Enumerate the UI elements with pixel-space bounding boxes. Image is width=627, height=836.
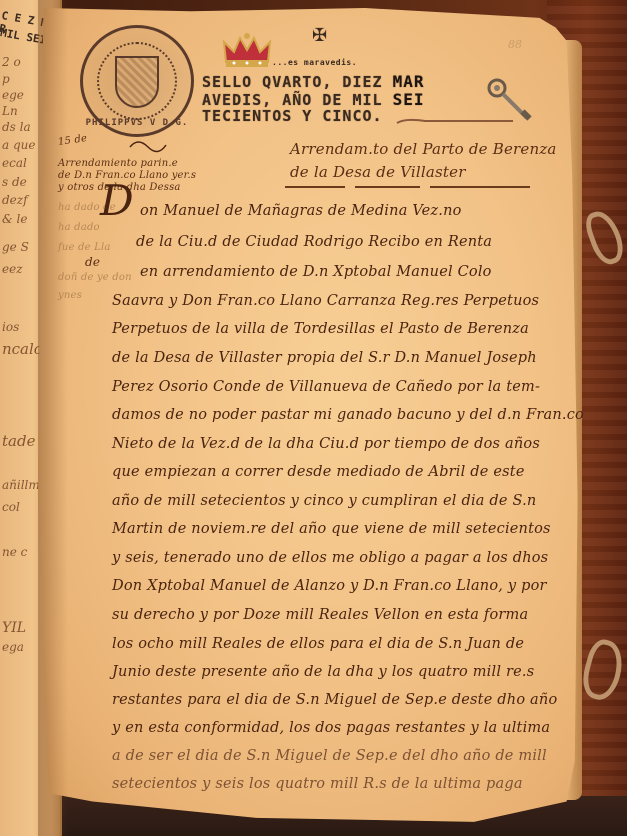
body-line: su derecho y por Doze mill Reales Vellon… [112, 607, 528, 623]
previous-page-text: añillm [2, 478, 40, 492]
body-line: Perez Osorio Conde de Villanueva de Cañe… [112, 379, 540, 395]
previous-page-text: ecal [2, 156, 27, 170]
previous-page-text: ds la [2, 120, 31, 134]
previous-page-text: 2 o [2, 55, 21, 69]
previous-page-text: ega [2, 640, 24, 654]
body-line: año de mill setecientos y cinco y cumpli… [112, 493, 536, 509]
body-line: en arrendamiento de D.n Xptobal Manuel C… [140, 264, 492, 280]
folio-number: 88 [508, 38, 522, 51]
body-line: setecientos y seis los quatro mill R.s d… [112, 776, 523, 792]
seal-legend: PHILIPPVS V D.G. [83, 118, 191, 128]
previous-page-text: tade [2, 432, 35, 450]
body-line: Don Xptobal Manuel de Alanzo y D.n Fran.… [112, 578, 547, 594]
body-line: y seis, tenerado uno de ellos me obligo … [112, 550, 548, 566]
body-line: on Manuel de Mañagras de Medina Vez.no [140, 203, 462, 219]
stamp-line-3: TECIENTOS Y CINCO. [202, 107, 383, 125]
previous-page-text: p [2, 72, 10, 86]
coat-of-arms-icon [115, 56, 159, 108]
margin-flourish [128, 137, 168, 157]
margin-faded-text: ha dado [58, 222, 100, 233]
body-line: restantes para el dia de S.n Miguel de S… [112, 692, 557, 708]
body-line: de la Desa de Villaster propia del S.r D… [112, 350, 537, 366]
body-line: Martin de noviem.re del año que viene de… [112, 521, 551, 537]
margin-note-word: de [85, 255, 100, 269]
previous-page-text: ncalo [2, 340, 43, 358]
body-line: damos de no poder pastar mi ganado bacun… [112, 407, 584, 423]
margin-note-line: Arrendamiento parin.e [58, 158, 178, 169]
previous-page-text: YIL [2, 620, 26, 636]
stamp-line-1: SELLO QVARTO, DIEZ MAR [202, 72, 425, 91]
crown-icon [222, 32, 272, 70]
royal-seal-icon: PHILIPPVS V D.G. [80, 25, 194, 137]
previous-page-text: ne c [2, 545, 27, 559]
body-line: Junio deste presente año de la dha y los… [112, 664, 534, 680]
body-line: Saavra y Don Fran.co Llano Carranza Reg.… [112, 293, 539, 309]
previous-page-text: Ln [2, 104, 18, 118]
previous-page-text: ge S [2, 240, 29, 254]
title-underline [355, 186, 420, 188]
cross-mark-icon: ✠ [312, 25, 327, 46]
body-line: y en esta conformidad, los dos pagas res… [112, 720, 550, 736]
body-line: Perpetuos de la villa de Tordesillas el … [112, 321, 529, 337]
body-line: a de ser el dia de S.n Miguel de Sep.e d… [112, 748, 547, 764]
body-line: Nieto de la Vez.d de la dha Ciu.d por ti… [112, 436, 540, 452]
document-title-line-1: Arrendam.to del Parto de Berenza [290, 140, 557, 158]
body-line: que empiezan a correr desde mediado de A… [112, 464, 525, 480]
previous-page-text: eez [2, 262, 23, 276]
document-title-line-2: de la Desa de Villaster [290, 163, 466, 181]
margin-faded-text: ynes [58, 290, 82, 301]
previous-page-text: col [2, 500, 20, 514]
margin-faded-text: fue de Lla [58, 242, 111, 253]
previous-page-text: & le [2, 212, 27, 226]
previous-page-text: a que [2, 138, 35, 152]
body-line: los ocho mill Reales de ellos para el di… [112, 636, 524, 652]
body-line: de la Ciu.d de Ciudad Rodrigo Recibo en … [136, 234, 492, 250]
margin-faded-text: doñ de ye don [58, 272, 132, 283]
title-underline [285, 186, 345, 188]
previous-page-text: ege [2, 88, 24, 102]
previous-page-text: s de [2, 175, 27, 189]
gutter-shadow [38, 0, 68, 836]
illuminated-initial: D [100, 180, 134, 222]
previous-page-text: dezf [2, 193, 28, 207]
stamp-value-text: ...es maravedis. [272, 58, 357, 67]
title-underline [430, 186, 530, 188]
previous-page-text: ios [2, 320, 19, 334]
key-icon [487, 78, 535, 126]
